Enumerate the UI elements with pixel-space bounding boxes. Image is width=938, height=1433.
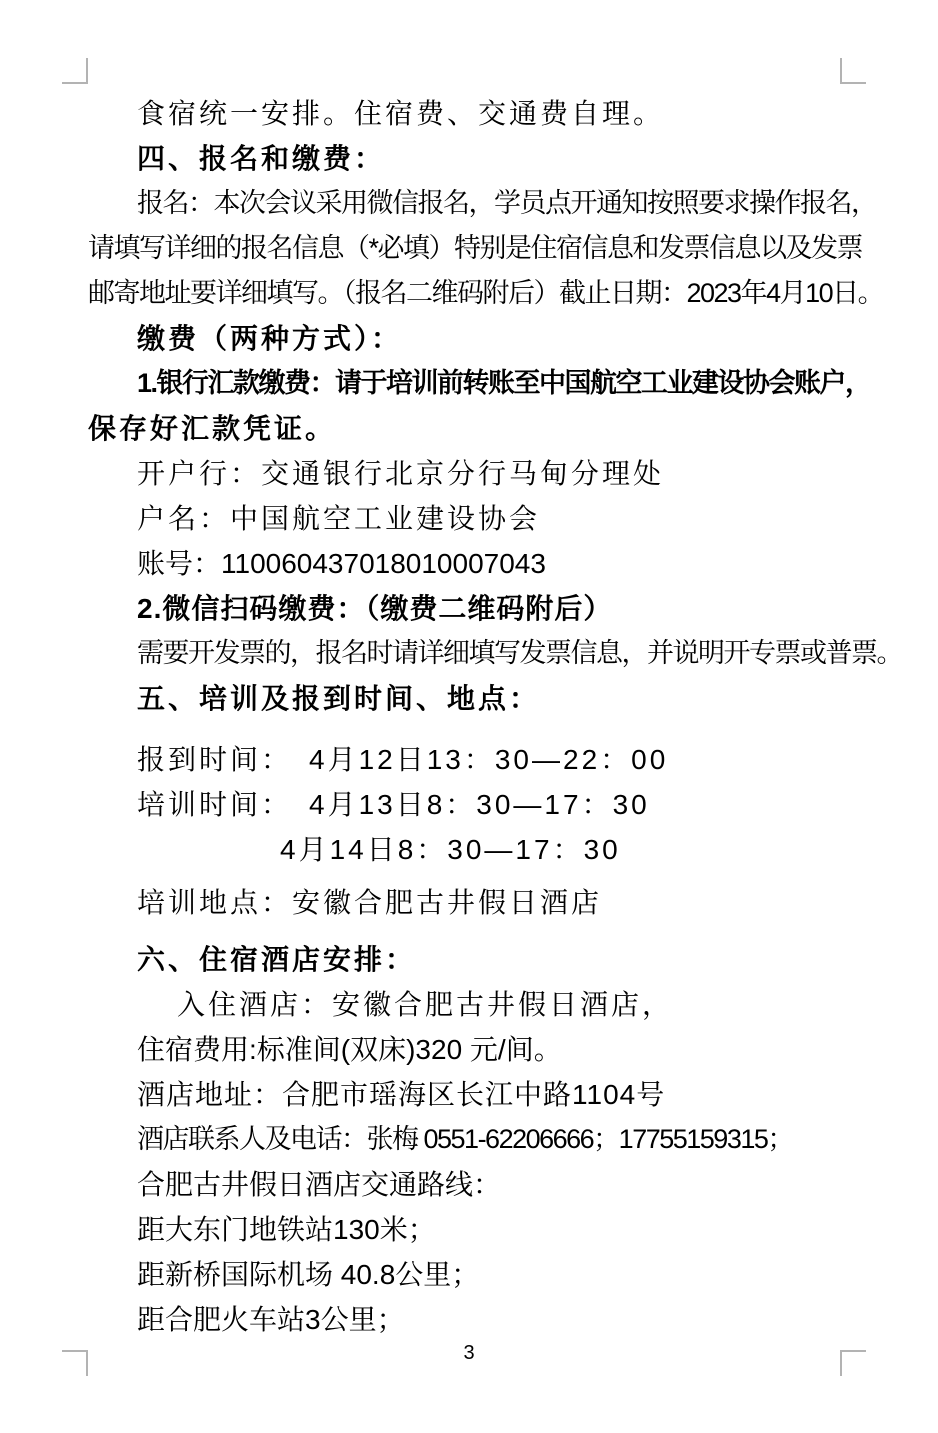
text-line: 需要开发票的，报名时请详细填写发票信息，并说明开专票或普票。 xyxy=(88,631,888,676)
text-line: 户名：中国航空工业建设协会 xyxy=(88,496,888,541)
document-body: 食宿统一安排。住宿费、交通费自理。四、报名和缴费：报名：本次会议采用微信报名，学… xyxy=(88,91,888,1342)
text-line: 保存好汇款凭证。 xyxy=(88,406,888,451)
text-boundary-mark-top-right xyxy=(840,58,866,84)
text-line: 培训地点：安徽合肥古井假日酒店 xyxy=(88,880,888,925)
text-line: 食宿统一安排。住宿费、交通费自理。 xyxy=(88,91,888,136)
text-line: 四、报名和缴费： xyxy=(88,136,888,181)
text-line: 酒店地址：合肥市瑶海区长江中路1104号 xyxy=(88,1072,888,1117)
text-line: 开户行：交通银行北京分行马甸分理处 xyxy=(88,451,888,496)
text-line: 4月14日8：30—17：30 xyxy=(88,827,888,872)
text-line: 住宿费用:标准间(双床)320 元/间。 xyxy=(88,1027,888,1072)
text-line: 账号：110060437018010007043 xyxy=(88,541,888,586)
document-page: 食宿统一安排。住宿费、交通费自理。四、报名和缴费：报名：本次会议采用微信报名，学… xyxy=(0,0,938,1433)
text-boundary-mark-top-left xyxy=(62,58,88,84)
text-line: 2.微信扫码缴费：（缴费二维码附后） xyxy=(88,586,888,631)
text-line: 合肥古井假日酒店交通路线： xyxy=(88,1162,888,1207)
text-line: 缴费（两种方式）： xyxy=(88,316,888,361)
text-line: 邮寄地址要详细填写。（报名二维码附后）截止日期：2023年4月10日。 xyxy=(88,271,888,316)
text-line: 距大东门地铁站130米； xyxy=(88,1207,888,1252)
text-line: 六、住宿酒店安排： xyxy=(88,937,888,982)
text-line: 请填写详细的报名信息（*必填）特别是住宿信息和发票信息以及发票 xyxy=(88,226,888,271)
text-line: 培训时间： 4月13日8：30—17：30 xyxy=(88,782,888,827)
text-line: 酒店联系人及电话：张梅 0551-62206666；17755159315； xyxy=(88,1117,888,1162)
text-line: 距新桥国际机场 40.8公里； xyxy=(88,1252,888,1297)
page-number: 3 xyxy=(0,1341,938,1365)
text-line: 报到时间： 4月12日13：30—22：00 xyxy=(88,737,888,782)
text-line: 距合肥火车站3公里； xyxy=(88,1297,888,1342)
text-line: 五、培训及报到时间、地点： xyxy=(88,676,888,721)
text-line: 入住酒店：安徽合肥古井假日酒店， xyxy=(88,982,888,1027)
text-line: 报名：本次会议采用微信报名，学员点开通知按照要求操作报名， xyxy=(88,181,888,226)
text-line: 1.银行汇款缴费：请于培训前转账至中国航空工业建设协会账户， xyxy=(88,361,888,406)
